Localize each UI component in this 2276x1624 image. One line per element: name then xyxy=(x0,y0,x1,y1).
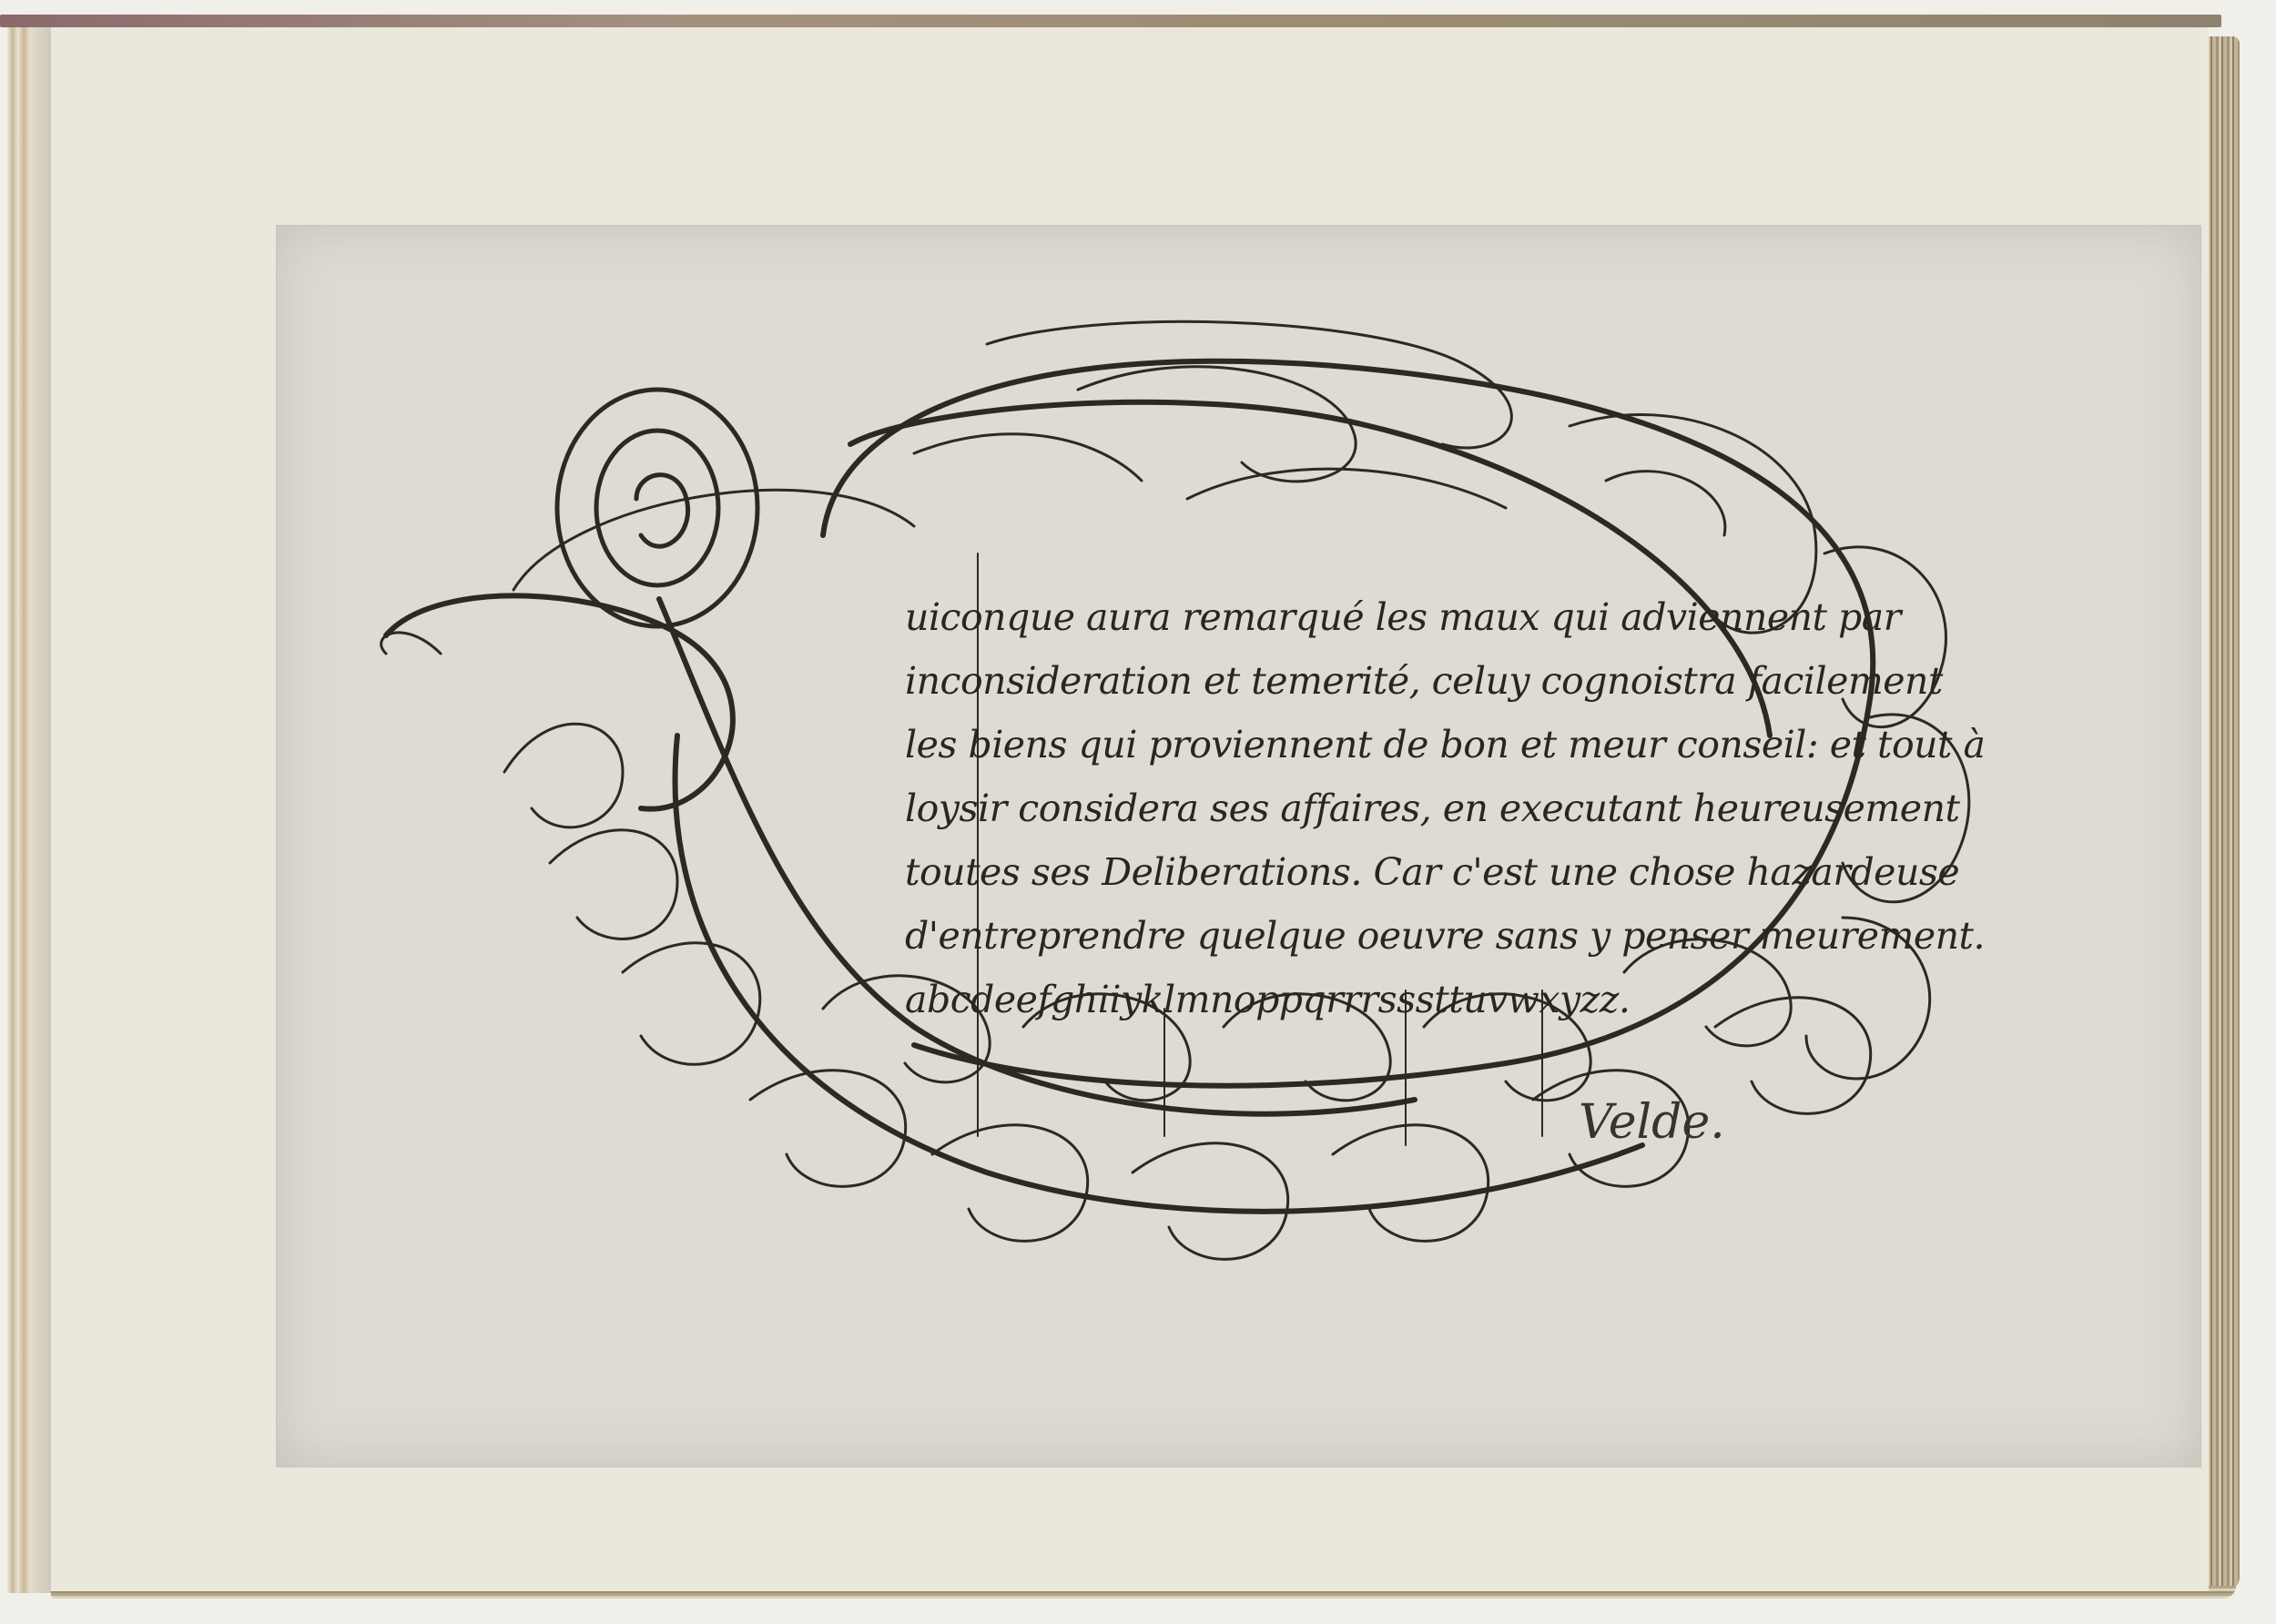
binding-cords xyxy=(7,27,51,1593)
alphabet-line: abcdeefghiiyklmnoppqrrrsssttuvwxyzz. xyxy=(905,968,1979,1031)
text-line-2: inconsideration et temerité, celuy cogno… xyxy=(905,649,1979,713)
calligraphy-text: uiconque aura remarqué les maux qui advi… xyxy=(905,585,1979,1031)
album-page: uiconque aura remarqué les maux qui advi… xyxy=(51,27,2209,1591)
text-line-4: loysir considera ses affaires, en execut… xyxy=(905,776,1979,840)
bound-album: uiconque aura remarqué les maux qui advi… xyxy=(0,0,2276,1624)
signature: Velde. xyxy=(1579,1095,1725,1150)
spiral-flourish xyxy=(557,390,757,626)
text-line-6: d'entreprendre quelque oeuvre sans y pen… xyxy=(905,904,1979,968)
engraved-plate: uiconque aura remarqué les maux qui advi… xyxy=(276,225,2201,1467)
text-line-3: les biens qui proviennent de bon et meur… xyxy=(905,713,1979,776)
text-line-5: toutes ses Deliberations. Car c'est une … xyxy=(905,840,1979,904)
text-line-1: uiconque aura remarqué les maux qui advi… xyxy=(905,585,1979,649)
book-top-edge xyxy=(0,15,2221,27)
